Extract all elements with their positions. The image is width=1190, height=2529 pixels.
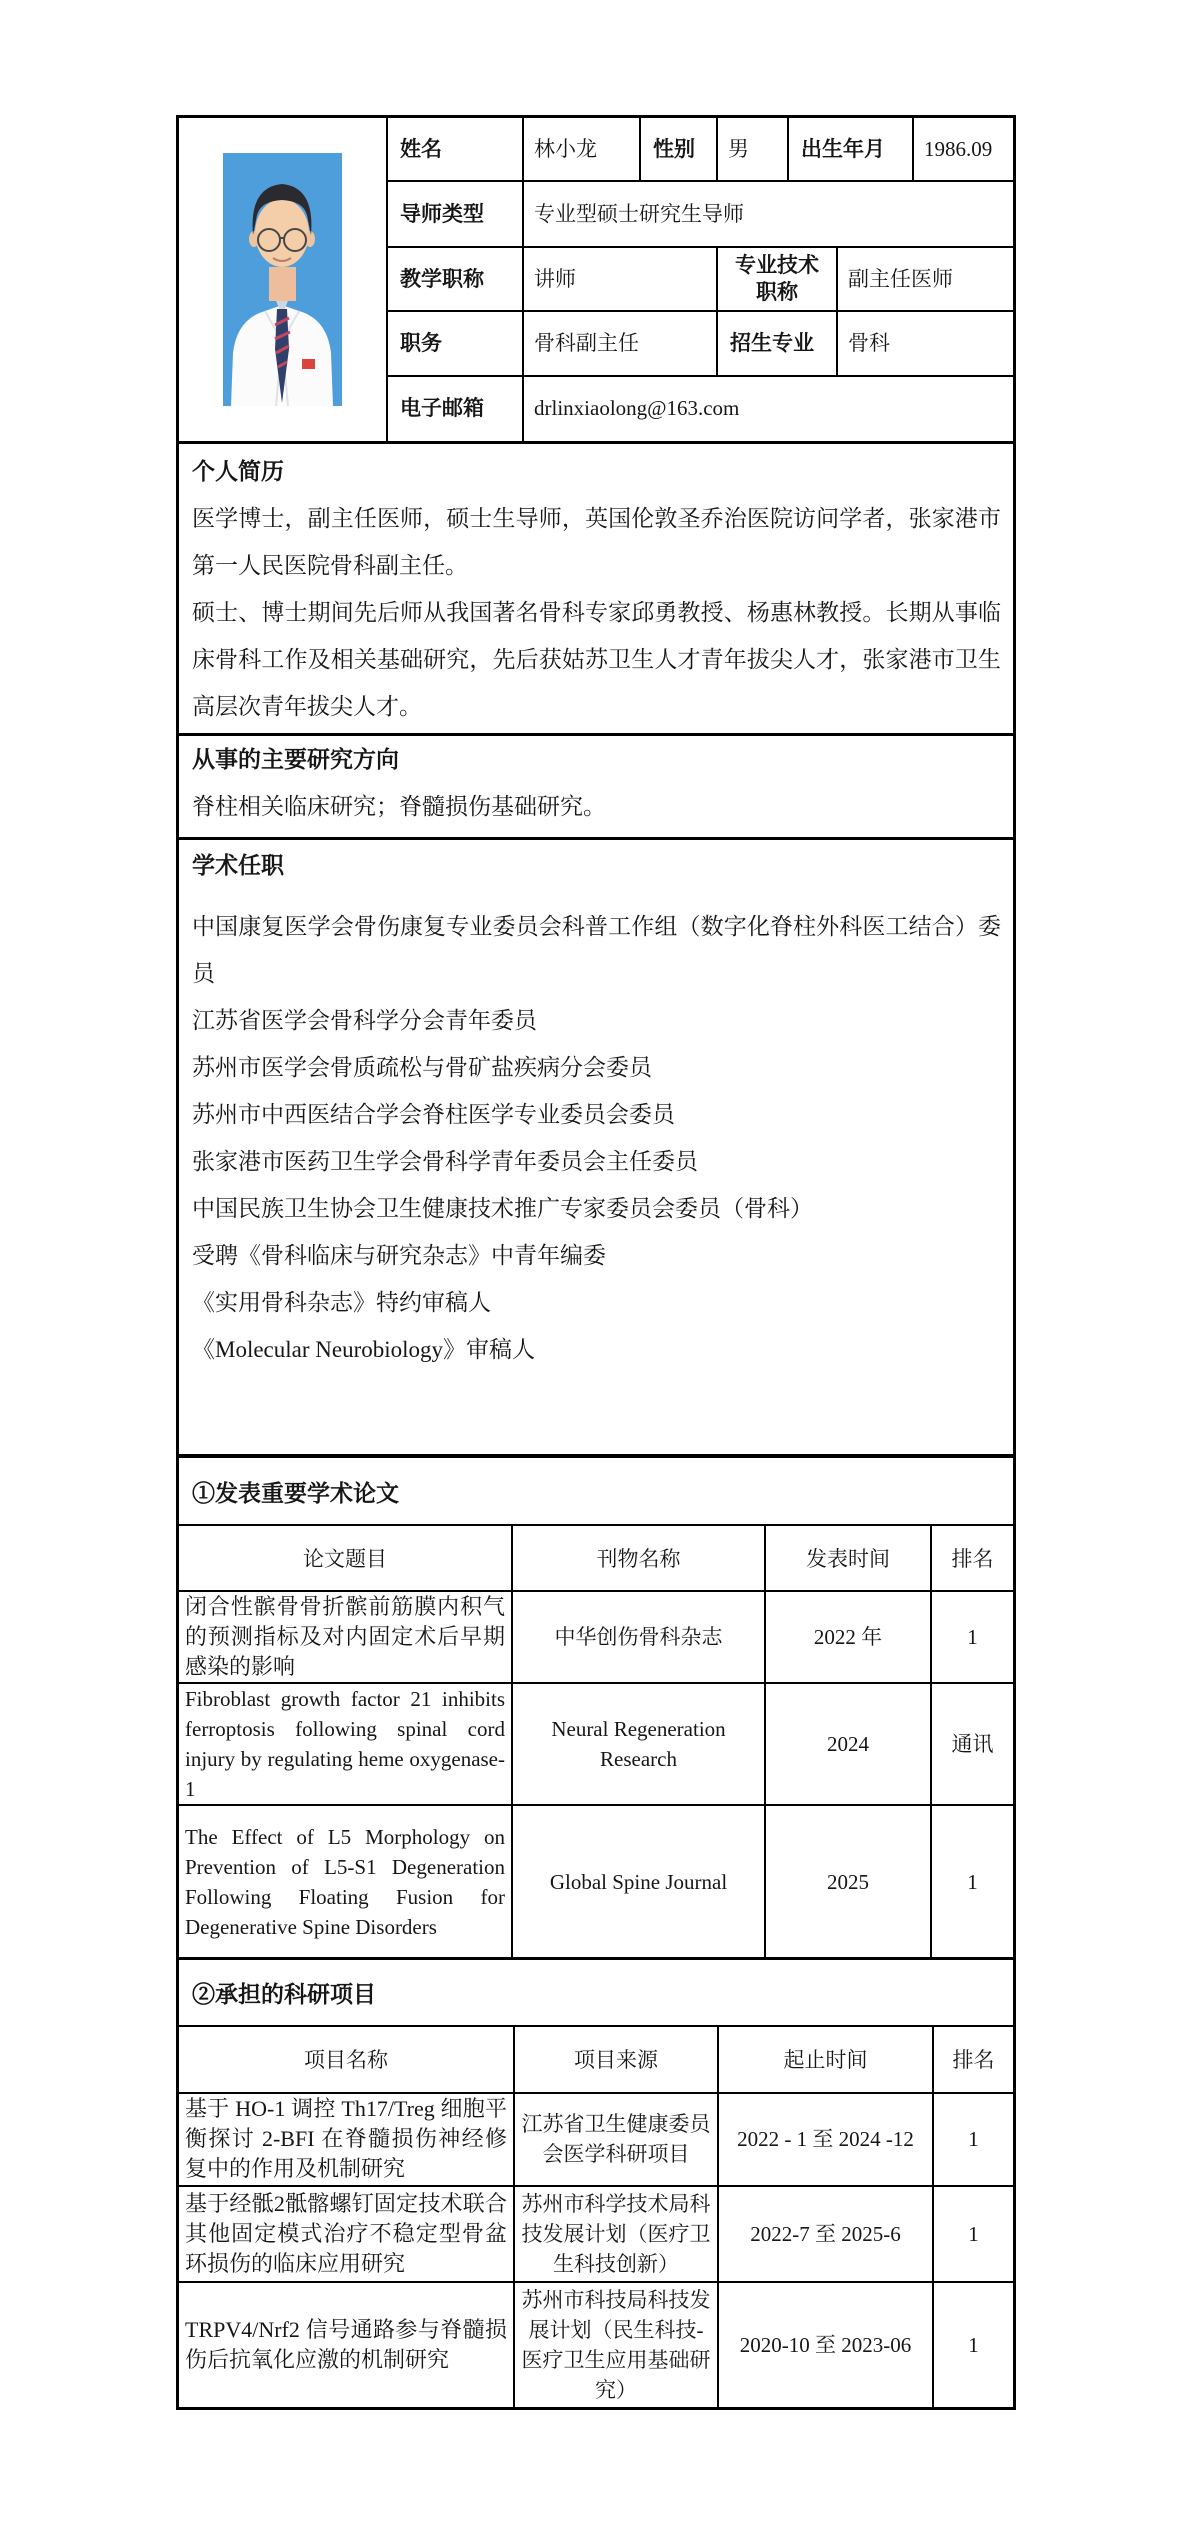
project-row: 基于经骶2骶髂螺钉固定技术联合其他固定模式治疗不稳定型骨盆环损伤的临床应用研究 …	[179, 2187, 1013, 2283]
bio-paragraph: 硕士、博士期间先后师从我国著名骨科专家邱勇教授、杨惠林教授。长期从事临床骨科工作…	[192, 589, 1001, 730]
research-direction-text: 脊柱相关临床研究；脊髓损伤基础研究。	[192, 783, 1001, 830]
academic-section-title: 学术任职	[192, 842, 1001, 889]
academic-role-item: 苏州市医学会骨质疏松与骨矿盐疾病分会委员	[192, 1044, 1001, 1091]
project-source-cell: 苏州市科技局科技发展计划（民生科技-医疗卫生应用基础研究）	[515, 2283, 719, 2407]
row-name-gender-birth: 姓名 林小龙 性别 男 出生年月 1986.09	[388, 118, 1013, 182]
bio-section-title: 个人简历	[192, 448, 1001, 495]
bio-paragraphs: 医学博士，副主任医师，硕士生导师，英国伦敦圣乔治医院访问学者，张家港市第一人民医…	[192, 495, 1001, 730]
birth-label: 出生年月	[789, 118, 914, 180]
projects-header-name: 项目名称	[179, 2027, 515, 2092]
paper-rank-cell: 1	[932, 1592, 1013, 1682]
projects-table: 项目名称 项目来源 起止时间 排名 基于 HO-1 调控 Th17/Treg 细…	[179, 2025, 1013, 2407]
project-time-cell: 2022 - 1 至 2024 -12	[719, 2094, 934, 2185]
project-rank-cell: 1	[934, 2187, 1013, 2281]
info-fields: 姓名 林小龙 性别 男 出生年月 1986.09 导师类型 专业型硕士研究生导师…	[388, 118, 1013, 441]
professional-title-label: 专业技术职称	[718, 248, 838, 310]
academic-role-item: 《实用骨科杂志》特约审稿人	[192, 1279, 1001, 1326]
project-source-cell: 苏州市科学技术局科技发展计划（医疗卫生科技创新）	[515, 2187, 719, 2281]
project-time-cell: 2022-7 至 2025-6	[719, 2187, 934, 2281]
project-row: TRPV4/Nrf2 信号通路参与脊髓损伤后抗氧化应激的机制研究 苏州市科技局科…	[179, 2283, 1013, 2407]
row-duty-major: 职务 骨科副主任 招生专业 骨科	[388, 312, 1013, 377]
bio-paragraph: 医学博士，副主任医师，硕士生导师，英国伦敦圣乔治医院访问学者，张家港市第一人民医…	[192, 495, 1001, 589]
bio-section: 个人简历 医学博士，副主任医师，硕士生导师，英国伦敦圣乔治医院访问学者，张家港市…	[179, 441, 1013, 734]
projects-header-rank: 排名	[934, 2027, 1013, 2092]
projects-table-body: 基于 HO-1 调控 Th17/Treg 细胞平衡探讨 2-BFI 在脊髓损伤神…	[179, 2094, 1013, 2407]
row-titles: 教学职称 讲师 专业技术职称 副主任医师	[388, 248, 1013, 312]
academic-role-item: 中国康复医学会骨伤康复专业委员会科普工作组（数字化脊柱外科医工结合）委员	[192, 903, 1001, 997]
photo-cell	[179, 118, 388, 441]
papers-header-time: 发表时间	[766, 1526, 932, 1590]
research-section-title: 从事的主要研究方向	[192, 736, 1001, 783]
papers-section-title: ①发表重要学术论文	[179, 1454, 1013, 1524]
duty-label: 职务	[388, 312, 524, 375]
paper-row: Fibroblast growth factor 21 inhibits fer…	[179, 1684, 1013, 1806]
duty-value: 骨科副主任	[524, 312, 718, 375]
projects-section-title: ②承担的科研项目	[179, 1957, 1013, 2025]
paper-journal-cell: Global Spine Journal	[513, 1806, 766, 1957]
academic-role-item: 江苏省医学会骨科学分会青年委员	[192, 997, 1001, 1044]
project-name-cell: 基于 HO-1 调控 Th17/Treg 细胞平衡探讨 2-BFI 在脊髓损伤神…	[179, 2094, 515, 2185]
email-label: 电子邮箱	[388, 377, 524, 441]
papers-table-header: 论文题目 刊物名称 发表时间 排名	[179, 1526, 1013, 1592]
professional-title-value: 副主任医师	[838, 248, 1013, 310]
paper-time-cell: 2022 年	[766, 1592, 932, 1682]
papers-header-journal: 刊物名称	[513, 1526, 766, 1590]
research-direction-section: 从事的主要研究方向 脊柱相关临床研究；脊髓损伤基础研究。	[179, 733, 1013, 837]
profile-photo	[223, 153, 342, 406]
mentor-type-label: 导师类型	[388, 182, 524, 246]
paper-row: 闭合性髌骨骨折髌前筋膜内积气的预测指标及对内固定术后早期感染的影响 中华创伤骨科…	[179, 1592, 1013, 1684]
academic-posts-section: 学术任职 中国康复医学会骨伤康复专业委员会科普工作组（数字化脊柱外科医工结合）委…	[179, 837, 1013, 1454]
academic-role-item: 《Molecular Neurobiology》审稿人	[192, 1326, 1001, 1373]
paper-rank-cell: 1	[932, 1806, 1013, 1957]
profile-document-page: { "profile": { "photo": { "bg_color": "#…	[0, 0, 1190, 2529]
name-label: 姓名	[388, 118, 524, 180]
birth-value: 1986.09	[914, 118, 1013, 180]
projects-header-source: 项目来源	[515, 2027, 719, 2092]
academic-role-item: 中国民族卫生协会卫生健康技术推广专家委员会委员（骨科）	[192, 1185, 1001, 1232]
paper-title-cell: Fibroblast growth factor 21 inhibits fer…	[179, 1684, 513, 1804]
projects-header-time: 起止时间	[719, 2027, 934, 2092]
project-name-cell: TRPV4/Nrf2 信号通路参与脊髓损伤后抗氧化应激的机制研究	[179, 2283, 515, 2407]
paper-title-cell: The Effect of L5 Morphology on Preventio…	[179, 1806, 513, 1957]
teaching-title-label: 教学职称	[388, 248, 524, 310]
papers-table: 论文题目 刊物名称 发表时间 排名 闭合性髌骨骨折髌前筋膜内积气的预测指标及对内…	[179, 1524, 1013, 1957]
paper-row: The Effect of L5 Morphology on Preventio…	[179, 1806, 1013, 1957]
enroll-major-label: 招生专业	[718, 312, 838, 375]
paper-time-cell: 2025	[766, 1806, 932, 1957]
project-row: 基于 HO-1 调控 Th17/Treg 细胞平衡探讨 2-BFI 在脊髓损伤神…	[179, 2094, 1013, 2187]
project-source-cell: 江苏省卫生健康委员会医学科研项目	[515, 2094, 719, 2185]
paper-journal-cell: Neural Regeneration Research	[513, 1684, 766, 1804]
faculty-profile-table: 姓名 林小龙 性别 男 出生年月 1986.09 导师类型 专业型硕士研究生导师…	[176, 115, 1016, 2410]
project-name-cell: 基于经骶2骶髂螺钉固定技术联合其他固定模式治疗不稳定型骨盆环损伤的临床应用研究	[179, 2187, 515, 2281]
row-mentor-type: 导师类型 专业型硕士研究生导师	[388, 182, 1013, 248]
paper-time-cell: 2024	[766, 1684, 932, 1804]
mentor-type-value: 专业型硕士研究生导师	[524, 182, 1013, 246]
gender-value: 男	[718, 118, 789, 180]
gender-label: 性别	[641, 118, 718, 180]
paper-rank-cell: 通讯	[932, 1684, 1013, 1804]
paper-journal-cell: 中华创伤骨科杂志	[513, 1592, 766, 1682]
name-value: 林小龙	[524, 118, 641, 180]
academic-role-item: 苏州市中西医结合学会脊柱医学专业委员会委员	[192, 1091, 1001, 1138]
teaching-title-value: 讲师	[524, 248, 718, 310]
personal-info-grid: 姓名 林小龙 性别 男 出生年月 1986.09 导师类型 专业型硕士研究生导师…	[179, 118, 1013, 441]
academic-role-item: 张家港市医药卫生学会骨科学青年委员会主任委员	[192, 1138, 1001, 1185]
row-email: 电子邮箱 drlinxiaolong@163.com	[388, 377, 1013, 441]
academic-role-list: 中国康复医学会骨伤康复专业委员会科普工作组（数字化脊柱外科医工结合）委员江苏省医…	[192, 903, 1001, 1373]
enroll-major-value: 骨科	[838, 312, 1013, 375]
academic-role-item: 受聘《骨科临床与研究杂志》中青年编委	[192, 1232, 1001, 1279]
projects-table-header: 项目名称 项目来源 起止时间 排名	[179, 2027, 1013, 2094]
project-rank-cell: 1	[934, 2094, 1013, 2185]
paper-title-cell: 闭合性髌骨骨折髌前筋膜内积气的预测指标及对内固定术后早期感染的影响	[179, 1592, 513, 1682]
project-time-cell: 2020-10 至 2023-06	[719, 2283, 934, 2407]
email-value: drlinxiaolong@163.com	[524, 377, 1013, 441]
papers-header-rank: 排名	[932, 1526, 1013, 1590]
papers-table-body: 闭合性髌骨骨折髌前筋膜内积气的预测指标及对内固定术后早期感染的影响 中华创伤骨科…	[179, 1592, 1013, 1957]
papers-header-title: 论文题目	[179, 1526, 513, 1590]
project-rank-cell: 1	[934, 2283, 1013, 2407]
